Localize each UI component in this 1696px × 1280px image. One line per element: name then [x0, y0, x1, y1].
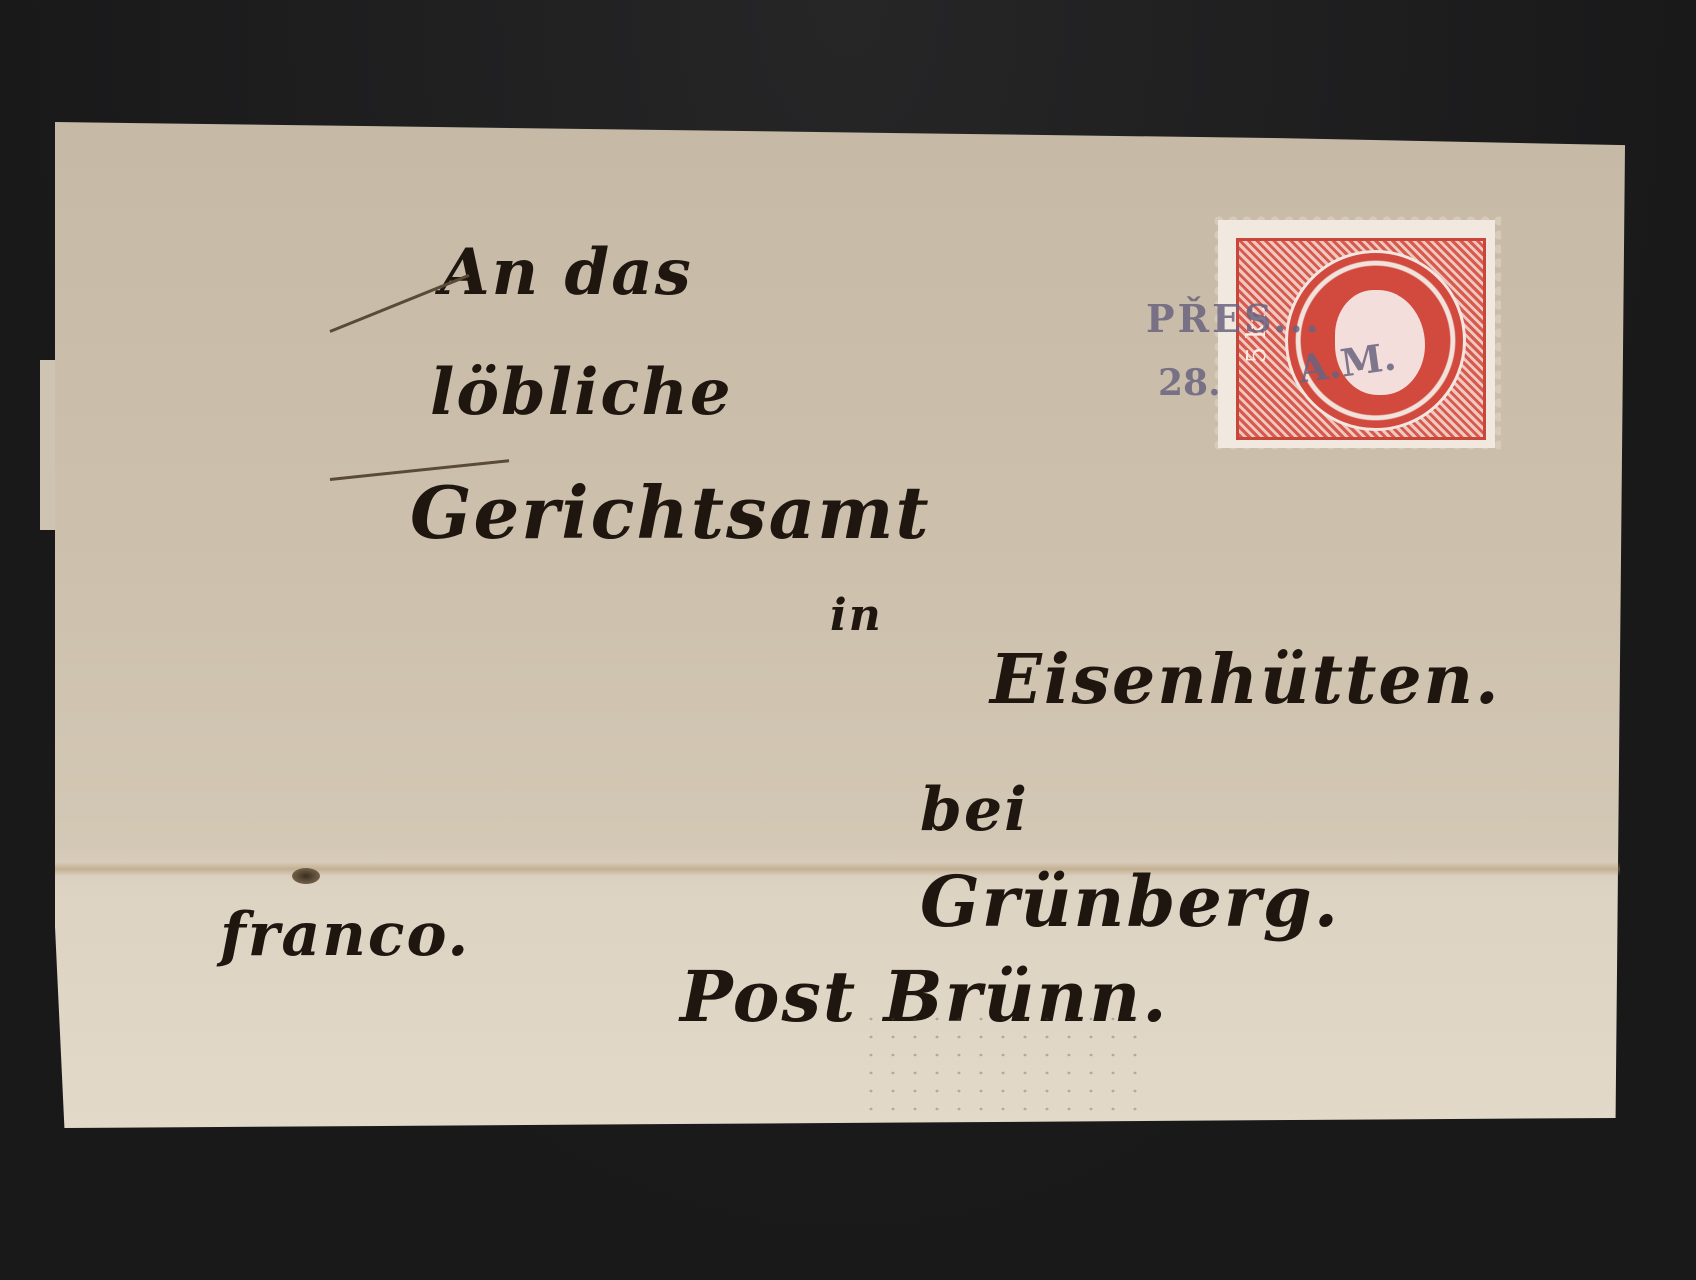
franco-note: franco.: [220, 900, 470, 970]
address-line-5: Eisenhütten.: [990, 640, 1501, 720]
address-line-3: Gerichtsamt: [410, 470, 931, 555]
address-line-2: löbliche: [430, 355, 733, 430]
postmark-town: PŘES...: [1146, 296, 1322, 341]
faint-transit-mark: [860, 1010, 1140, 1120]
address-line-4: in: [830, 590, 883, 641]
fold-line: [55, 862, 1620, 876]
postmark-date: 28.: [1158, 362, 1221, 404]
paper-hole: [292, 868, 320, 884]
address-line-1: An das: [440, 235, 693, 310]
address-line-6: bei: [920, 775, 1029, 845]
address-line-7: Grünberg.: [920, 860, 1340, 943]
